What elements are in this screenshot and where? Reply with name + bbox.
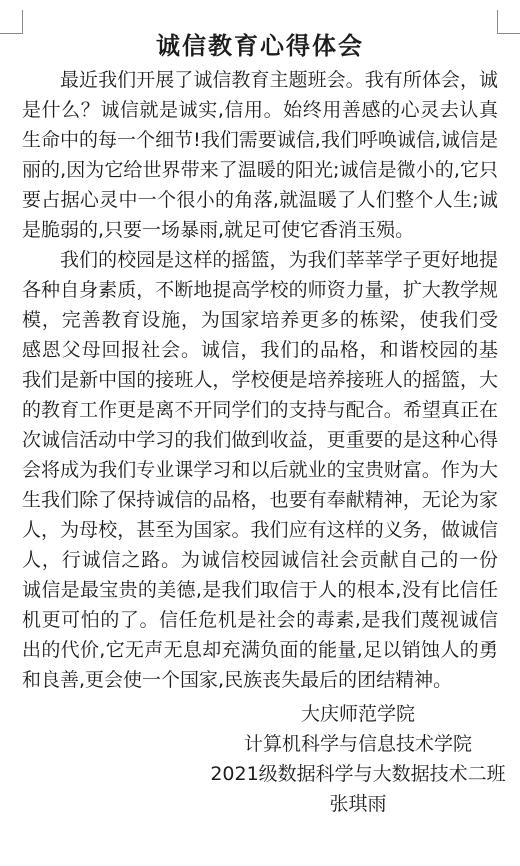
text-line: 会将成为我们专业课学习和以后就业的宝贵财富。作为大学	[22, 455, 498, 485]
text-line: 次诚信活动中学习的我们做到收益，更重要的是这种心得体	[22, 425, 498, 455]
text-line: 生命中的每一个细节!我们需要诚信,我们呼唤诚信,诚信是美	[22, 125, 498, 155]
text-line: 丽的,因为它给世界带来了温暖的阳光;诚信是微小的,它只需	[22, 155, 498, 185]
text-line: 最近我们开展了诚信教育主题班会。我有所体会，诚信	[22, 65, 498, 95]
text-line: 出的代价,它无声无息却充满负面的能量,足以销蚀人的勇气	[22, 635, 498, 665]
crop-mark-top-left	[0, 10, 23, 34]
text-line: 和良善,更会使一个国家,民族丧失最后的团结精神。	[22, 665, 498, 695]
signature-line: 大庆师范学院	[198, 699, 518, 729]
text-line: 各种自身素质，不断地提高学校的师资力量，扩大教学规	[22, 275, 498, 305]
signature-line: 2021级数据科学与大数据技术二班	[198, 759, 518, 789]
document-title: 诚信教育心得体会	[22, 30, 498, 62]
signature-line: 计算机科学与信息技术学院	[198, 729, 518, 759]
text-line: 是脆弱的,只要一场暴雨,就足可使它香消玉殒。	[22, 215, 498, 245]
text-line: 人，为母校，甚至为国家。我们应有这样的义务，做诚信之	[22, 515, 498, 545]
text-line: 是什么？诚信就是诚实,信用。始终用善感的心灵去认真对待	[22, 95, 498, 125]
document-page: 诚信教育心得体会 最近我们开展了诚信教育主题班会。我有所体会，诚信是什么？诚信就…	[0, 0, 520, 866]
text-line: 要占据心灵中一个很小的角落,就温暖了人们整个人生;诚信	[22, 185, 498, 215]
document-body: 最近我们开展了诚信教育主题班会。我有所体会，诚信是什么？诚信就是诚实,信用。始终…	[22, 65, 498, 695]
text-line: 生我们除了保持诚信的品格，也要有奉献精神，无论为家	[22, 485, 498, 515]
text-line: 感恩父母回报社会。诚信，我们的品格，和谐校园的基石。	[22, 335, 498, 365]
text-line: 模，完善教育设施，为国家培养更多的栋梁，使我们受益，	[22, 305, 498, 335]
signature-line: 张琪雨	[198, 789, 518, 819]
text-line: 我们是新中国的接班人，学校便是培养接班人的摇篮，大学	[22, 365, 498, 395]
text-line: 人，行诚信之路。为诚信校园诚信社会贡献自己的一份力。	[22, 545, 498, 575]
text-line: 机更可怕的了。信任危机是社会的毒素,是我们蔑视诚信所付	[22, 605, 498, 635]
text-line: 我们的校园是这样的摇篮，为我们莘莘学子更好地提高	[22, 245, 498, 275]
signature-block: 大庆师范学院计算机科学与信息技术学院2021级数据科学与大数据技术二班张琪雨	[198, 699, 518, 819]
text-line: 诚信是最宝贵的美德,是我们取信于人的根本,没有比信任危	[22, 575, 498, 605]
text-line: 的教育工作更是离不开同学们的支持与配合。希望真正在这	[22, 395, 498, 425]
crop-mark-top-right	[497, 10, 520, 34]
